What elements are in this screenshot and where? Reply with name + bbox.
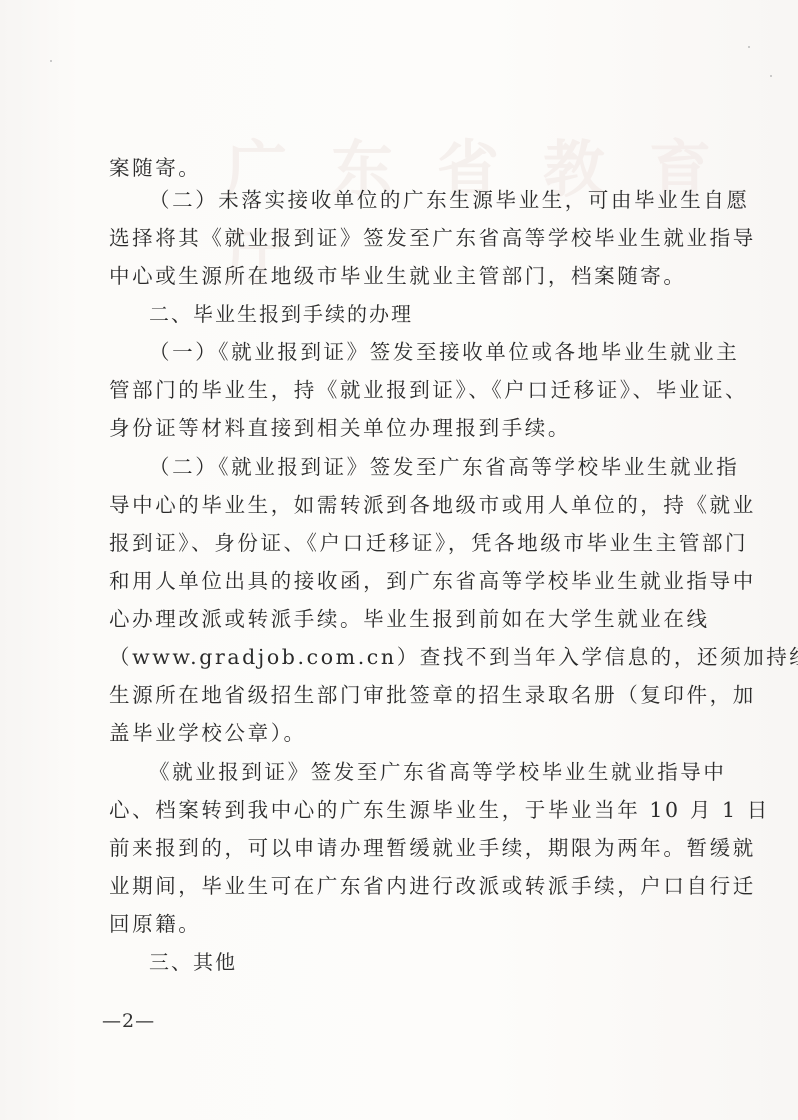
paragraph-line: （二）《就业报到证》签发至广东省高等学校毕业生就业指 [149, 455, 699, 479]
paragraph-line: 心办理改派或转派手续。毕业生报到前如在大学生就业在线 [109, 607, 699, 631]
section-heading-3: 三、其他 [149, 950, 699, 974]
paragraph-line: 身份证等材料直接到相关单位办理报到手续。 [109, 416, 699, 440]
scan-speck [748, 46, 750, 48]
scan-speck [50, 60, 52, 62]
paragraph-line: （二）未落实接收单位的广东生源毕业生，可由毕业生自愿 [149, 188, 699, 212]
paragraph-line: 中心或生源所在地级市毕业生就业主管部门，档案随寄。 [109, 264, 699, 288]
scanned-document-page: 广东省教育厅 案随寄。 （二）未落实接收单位的广东生源毕业生，可由毕业生自愿 选… [0, 0, 798, 1120]
paragraph-line: 导中心的毕业生，如需转派到各地级市或用人单位的，持《就业 [109, 493, 699, 517]
paragraph-line: 案随寄。 [109, 156, 699, 180]
page-number: —2— [102, 1010, 155, 1032]
paragraph-line: 回原籍。 [109, 912, 699, 936]
paragraph-line: 报到证》、身份证、《户口迁移证》，凭各地级市毕业生主管部门 [109, 531, 699, 555]
paragraph-line: 前来报到的，可以申请办理暂缓就业手续，期限为两年。暂缓就 [109, 836, 699, 860]
paragraph-line: 盖毕业学校公章）。 [109, 721, 699, 745]
paragraph-line: 和用人单位出具的接收函，到广东省高等学校毕业生就业指导中 [109, 569, 699, 593]
paragraph-line: （www.gradjob.com.cn）查找不到当年入学信息的，还须加持经 [109, 645, 699, 669]
scan-speck [770, 75, 772, 77]
paragraph-line: 《就业报到证》签发至广东省高等学校毕业生就业指导中 [149, 760, 699, 784]
paragraph-line: 生源所在地省级招生部门审批签章的招生录取名册（复印件，加 [109, 683, 699, 707]
paragraph-line: 业期间，毕业生可在广东省内进行改派或转派手续，户口自行迁 [109, 874, 699, 898]
paragraph-line: （一）《就业报到证》签发至接收单位或各地毕业生就业主 [149, 340, 699, 364]
paragraph-line: 管部门的毕业生，持《就业报到证》、《户口迁移证》、毕业证、 [109, 378, 699, 402]
paragraph-line: 心、档案转到我中心的广东生源毕业生，于毕业当年 10 月 1 日 [109, 798, 699, 822]
paragraph-line: 选择将其《就业报到证》签发至广东省高等学校毕业生就业指导 [109, 226, 699, 250]
section-heading-2: 二、毕业生报到手续的办理 [149, 302, 699, 326]
